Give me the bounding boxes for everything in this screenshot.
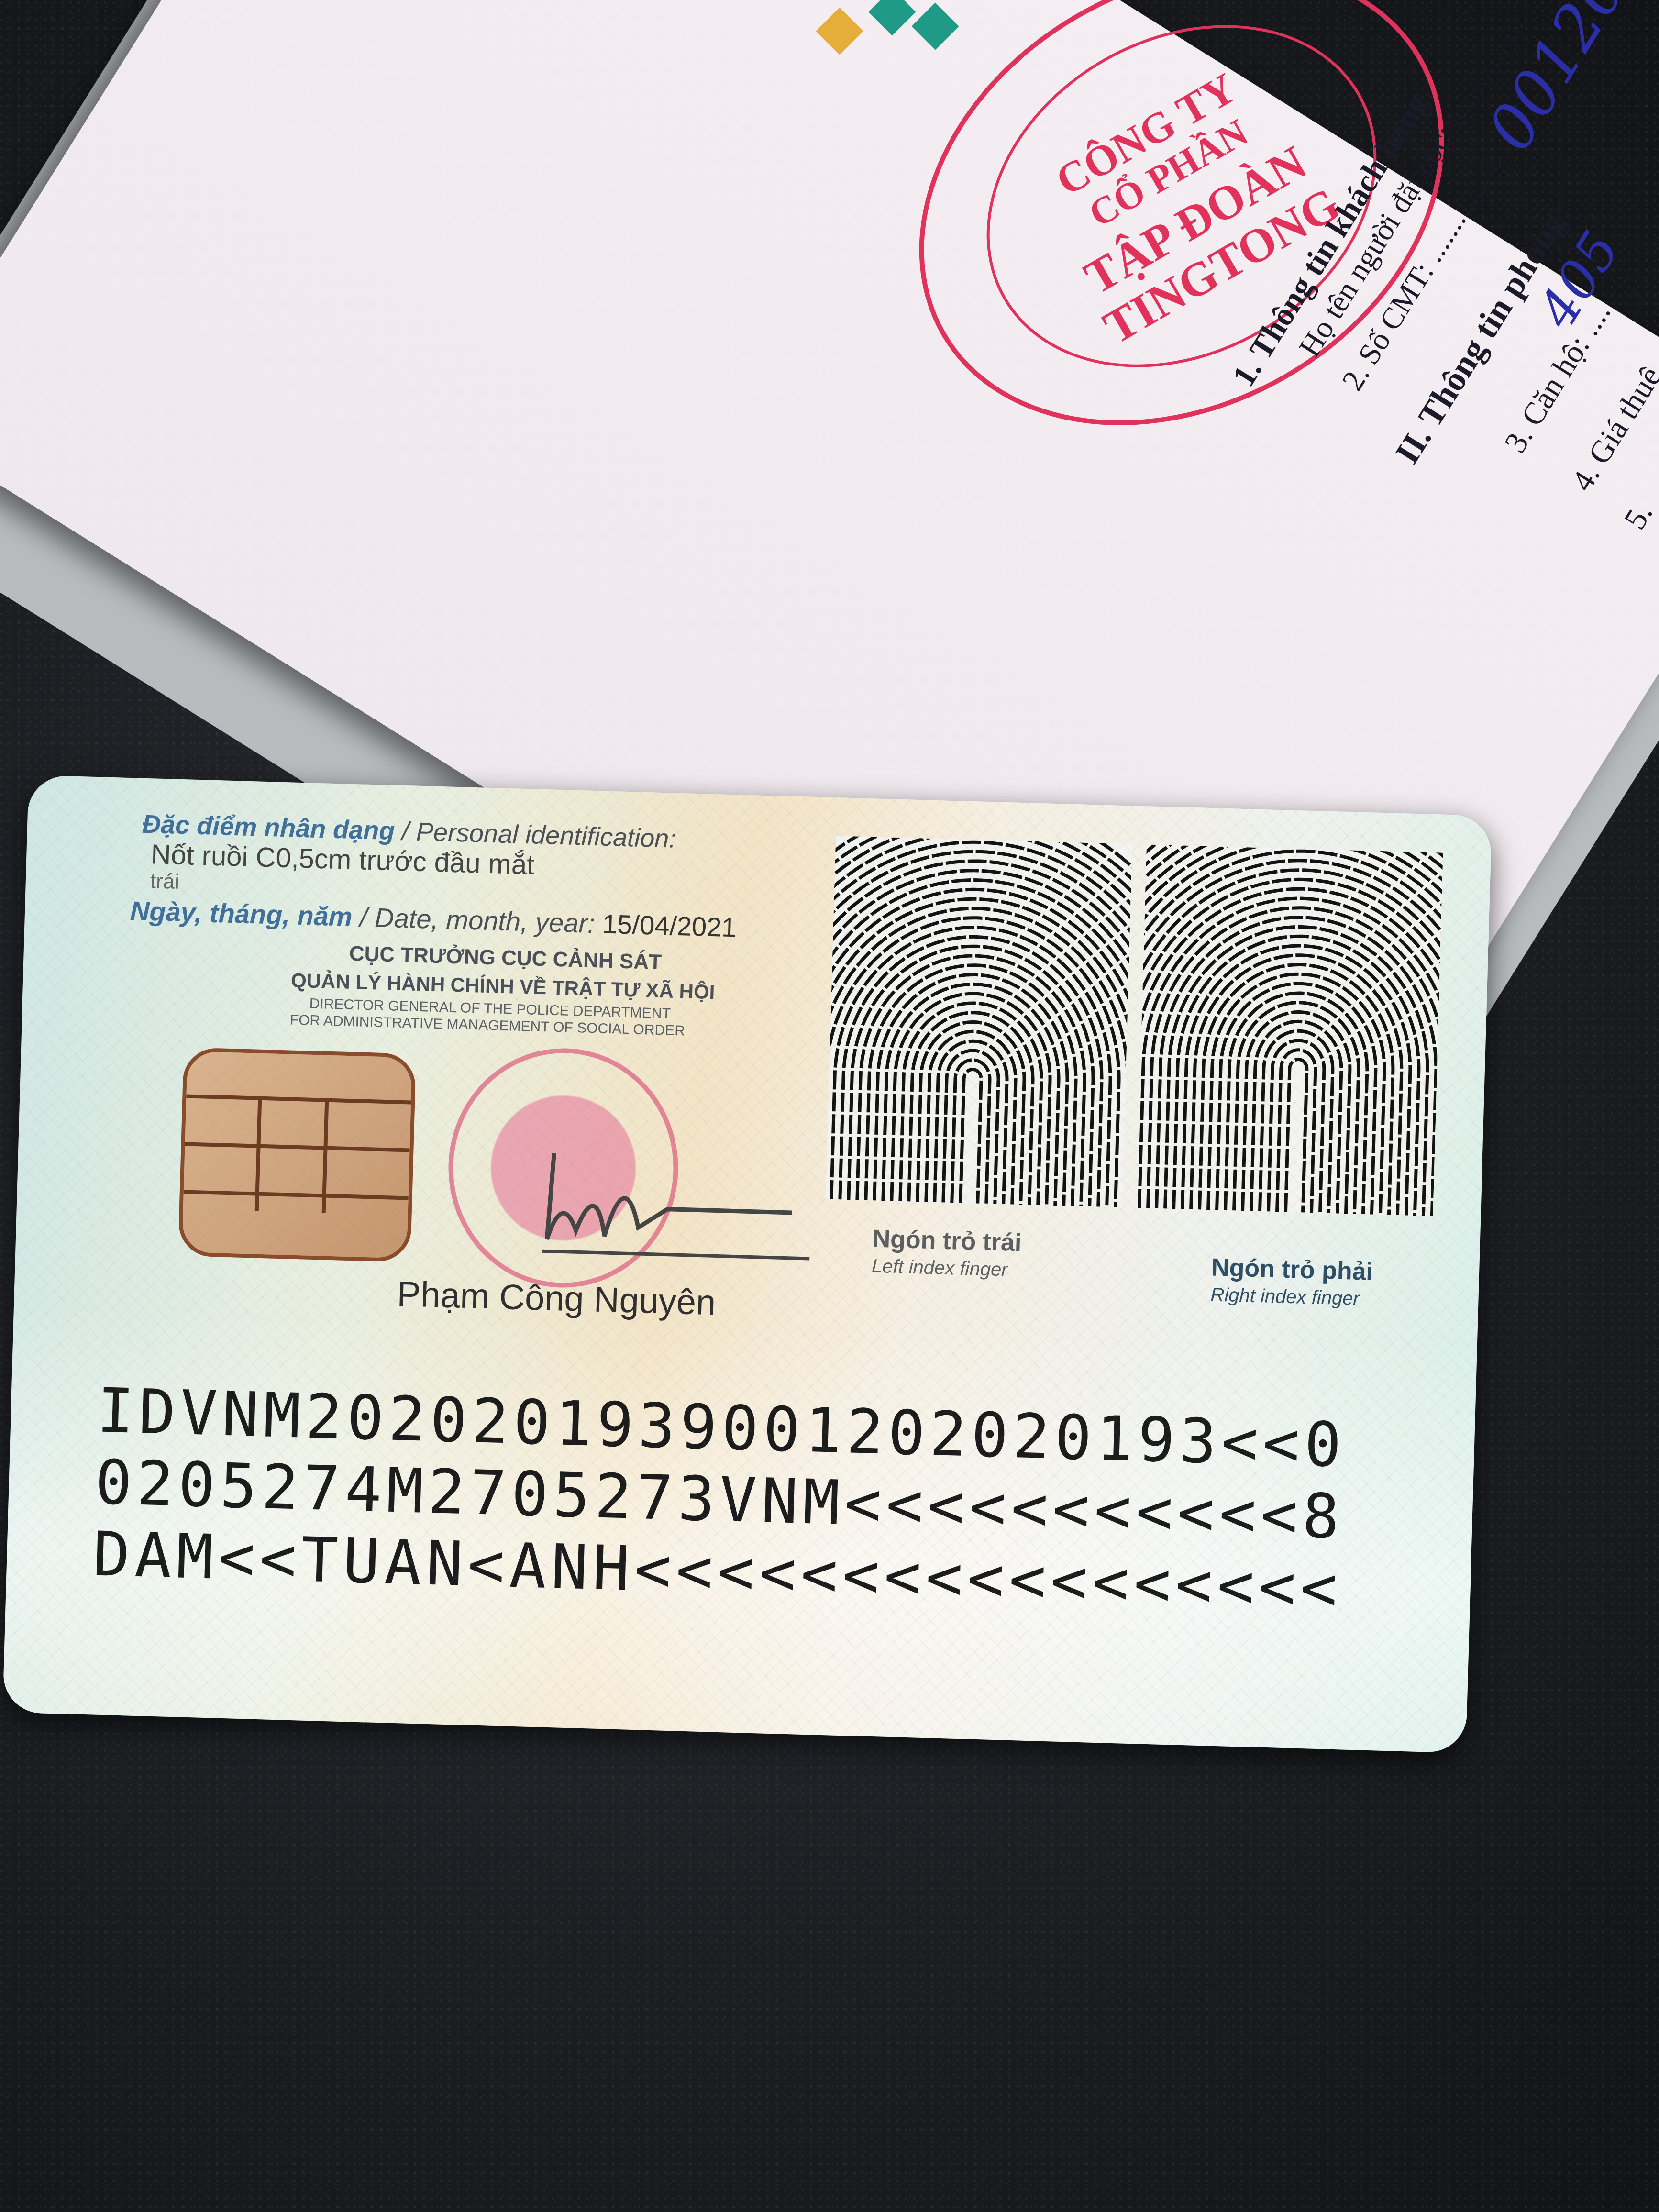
- smart-chip-icon: [178, 1047, 416, 1262]
- issuer-line1: CỤC TRƯỞNG CỤC CẢNH SÁT: [349, 942, 662, 974]
- left-index-fingerprint: [826, 836, 1132, 1207]
- label-vn: Ngày, tháng, năm: [130, 896, 353, 932]
- personal-id-value-cont: trái: [150, 869, 179, 894]
- right-finger-label-en: Right index finger: [1210, 1284, 1360, 1310]
- left-finger-label-en: Left index finger: [871, 1256, 1008, 1281]
- right-index-fingerprint: [1137, 844, 1443, 1216]
- issue-date-value: 15/04/2021: [602, 909, 737, 943]
- id-card-back: Đặc điểm nhân dạng / Personal identifica…: [2, 775, 1492, 1753]
- label-en: Date, month, year:: [374, 902, 595, 939]
- signature: [542, 1134, 813, 1266]
- right-finger-label-vn: Ngón trỏ phải: [1211, 1253, 1373, 1286]
- left-finger-label-vn: Ngón trỏ trái: [872, 1225, 1022, 1258]
- issue-date-row: Ngày, tháng, năm / Date, month, year: 15…: [130, 895, 737, 943]
